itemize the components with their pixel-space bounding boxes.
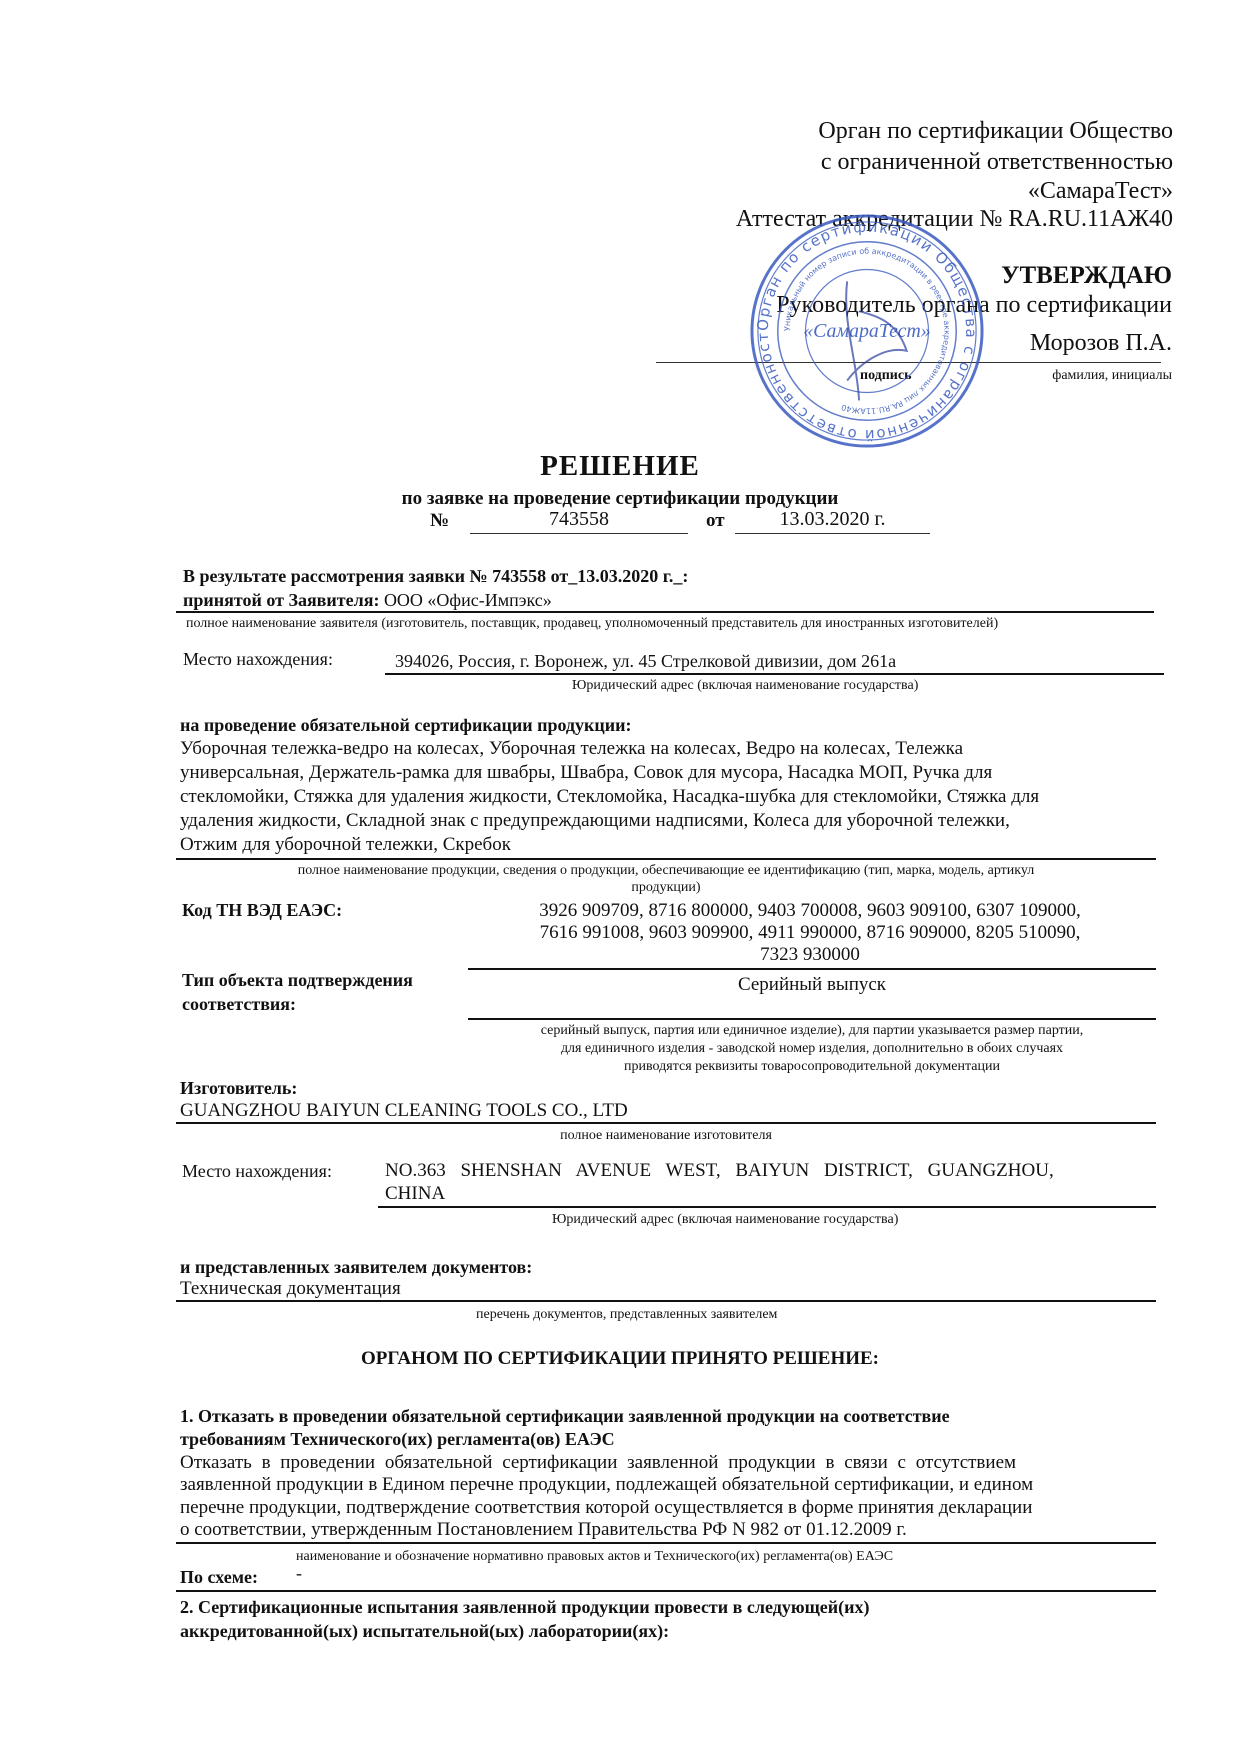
applicant-underline bbox=[176, 611, 1154, 613]
decision-item-1-heading-line-1: 1. Отказать в проведении обязательной се… bbox=[180, 1405, 950, 1428]
document-title: РЕШЕНИЕ bbox=[0, 450, 1240, 483]
seal-stamp-icon: Орган по сертификации Общества с огранич… bbox=[748, 212, 986, 450]
tnved-underline bbox=[468, 968, 1156, 970]
applicant-location-label: Место нахождения: bbox=[183, 648, 333, 670]
manufacturer-caption: полное наименование изготовителя bbox=[176, 1127, 1156, 1144]
documents-value: Техническая документация bbox=[180, 1278, 401, 1300]
product-line-5: Отжим для уборочной тележки, Скребок bbox=[180, 834, 511, 856]
tnved-label: Код ТН ВЭД ЕАЭС: bbox=[182, 899, 342, 922]
date-label: от bbox=[706, 510, 725, 532]
decision-item-1-heading-line-2: требованиям Технического(их) регламента(… bbox=[180, 1428, 615, 1451]
date-underline bbox=[735, 533, 930, 534]
documents-underline bbox=[176, 1300, 1156, 1302]
product-line-2: универсальная, Держатель-рамка для швабр… bbox=[180, 762, 992, 784]
object-type-underline bbox=[468, 1018, 1156, 1020]
manufacturer-location-caption: Юридический адрес (включая наименование … bbox=[552, 1211, 898, 1228]
object-type-label-line-1: Тип объекта подтверждения bbox=[182, 969, 413, 992]
manufacturer-underline bbox=[176, 1122, 1156, 1124]
product-caption-line-1: полное наименование продукции, сведения … bbox=[176, 862, 1156, 879]
org-name-line-3: «СамараТест» bbox=[1028, 176, 1173, 207]
manufacturer-location-underline bbox=[378, 1206, 1156, 1208]
product-line-1: Уборочная тележка-ведро на колесах, Убор… bbox=[180, 738, 963, 760]
object-type-caption-2: для единичного изделия - заводской номер… bbox=[468, 1040, 1156, 1057]
org-name-line-1: Орган по сертификации Общество bbox=[818, 116, 1173, 147]
applicant-caption: полное наименование заявителя (изготовит… bbox=[186, 615, 998, 632]
manufacturer-location-label: Место нахождения: bbox=[182, 1160, 332, 1182]
decision-item-1-body-line-4: о соответствии, утвержденным Постановлен… bbox=[180, 1519, 907, 1541]
document-subtitle: по заявке на проведение сертификации про… bbox=[0, 488, 1240, 510]
documents-heading: и представленных заявителем документов: bbox=[180, 1256, 532, 1279]
scheme-label: По схеме: bbox=[180, 1566, 258, 1589]
head-name: Морозов П.А. bbox=[1030, 330, 1172, 357]
name-caption: фамилия, инициалы bbox=[1052, 368, 1172, 384]
number-label: № bbox=[430, 510, 449, 532]
applicant-location-value: 394026, Россия, г. Воронеж, ул. 45 Стрел… bbox=[395, 650, 896, 672]
applicant-location-caption: Юридический адрес (включая наименование … bbox=[572, 677, 918, 694]
object-type-caption-1: серийный выпуск, партия или единичное из… bbox=[468, 1022, 1156, 1039]
applicant-location-underline bbox=[385, 673, 1164, 675]
product-line-4: удаления жидкости, Складной знак с преду… bbox=[180, 810, 1010, 832]
decision-item-1-body-line-3: перечне продукции, подтверждение соответ… bbox=[180, 1497, 1032, 1519]
tnved-line-1: 3926 909709, 8716 800000, 9403 700008, 9… bbox=[470, 900, 1150, 922]
documents-caption: перечень документов, представленных заяв… bbox=[476, 1306, 777, 1323]
object-type-caption-3: приводятся реквизиты товаросопроводитель… bbox=[468, 1058, 1156, 1075]
number-underline bbox=[470, 533, 688, 534]
scheme-underline bbox=[176, 1590, 1156, 1592]
manufacturer-location-line-2: CHINA bbox=[385, 1183, 445, 1205]
application-date: 13.03.2020 г. bbox=[735, 508, 930, 531]
object-type-value: Серийный выпуск bbox=[468, 974, 1156, 996]
decision-item-1-body-line-1: Отказать в проведении обязательной серти… bbox=[180, 1452, 1140, 1474]
object-type-label-line-2: соответствия: bbox=[182, 993, 296, 1016]
product-caption-line-2: продукции) bbox=[176, 879, 1156, 896]
tnved-line-3: 7323 930000 bbox=[470, 944, 1150, 966]
tnved-line-2: 7616 991008, 9603 909900, 4911 990000, 8… bbox=[470, 922, 1150, 944]
applicant-name: ООО «Офис-Импэкс» bbox=[384, 590, 552, 610]
decision-item-1-body-line-2: заявленной продукции в Едином перечне пр… bbox=[180, 1474, 1033, 1496]
stamp-center-text: «СамараТест» bbox=[803, 320, 930, 342]
review-line: В результате рассмотрения заявки № 74355… bbox=[183, 565, 688, 588]
product-heading: на проведение обязательной сертификации … bbox=[180, 714, 632, 737]
manufacturer-label: Изготовитель: bbox=[180, 1077, 297, 1100]
product-line-3: стекломойки, Стяжка для удаления жидкост… bbox=[180, 786, 1039, 808]
decision-item-2-line-1: 2. Сертификационные испытания заявленной… bbox=[180, 1596, 869, 1619]
approve-heading: УТВЕРЖДАЮ bbox=[1001, 262, 1172, 290]
manufacturer-location-line-1: NO.363 SHENSHAN AVENUE WEST, BAIYUN DIST… bbox=[385, 1160, 1155, 1182]
product-underline bbox=[176, 858, 1156, 860]
accepted-label: принятой от Заявителя: bbox=[183, 590, 379, 610]
decision-item-2-line-2: аккредитованной(ых) испытательной(ых) ла… bbox=[180, 1620, 669, 1643]
org-name-line-2: с ограниченной ответственностью bbox=[821, 147, 1173, 178]
decision-item-1-underline bbox=[176, 1542, 1156, 1544]
manufacturer-name: GUANGZHOU BAIYUN CLEANING TOOLS CO., LTD bbox=[180, 1100, 628, 1122]
scheme-value: - bbox=[296, 1562, 302, 1584]
decision-item-1-caption: наименование и обозначение нормативно пр… bbox=[296, 1548, 893, 1565]
decision-heading: ОРГАНОМ ПО СЕРТИФИКАЦИИ ПРИНЯТО РЕШЕНИЕ: bbox=[0, 1348, 1240, 1370]
application-number: 743558 bbox=[470, 508, 688, 531]
